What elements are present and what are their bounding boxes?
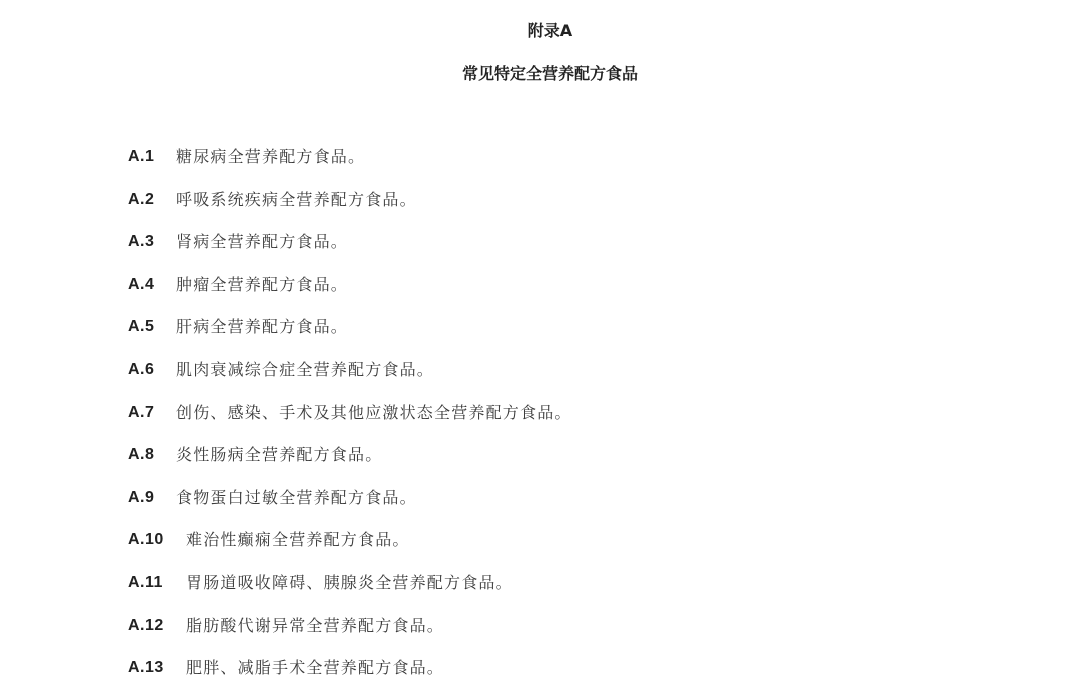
list-item: A.12 脂肪酸代谢异常全营养配方食品。 [128,615,572,658]
item-text: 呼吸系统疾病全营养配方食品。 [176,189,417,211]
item-number: A.10 [128,529,186,551]
item-number: A.7 [128,402,176,424]
appendix-title: 常见特定全营养配方食品 [0,61,1080,84]
item-number: A.1 [128,146,176,168]
item-text: 肌肉衰减综合症全营养配方食品。 [176,359,434,381]
item-number: A.11 [128,572,186,594]
list-item: A.5 肝病全营养配方食品。 [128,316,572,359]
list-item: A.4 肿瘤全营养配方食品。 [128,274,572,317]
list-item: A.2 呼吸系统疾病全营养配方食品。 [128,189,572,232]
item-text: 肝病全营养配方食品。 [176,316,348,338]
item-text: 胃肠道吸收障碍、胰腺炎全营养配方食品。 [186,572,513,594]
item-number: A.13 [128,657,186,679]
food-category-list: A.1 糖尿病全营养配方食品。 A.2 呼吸系统疾病全营养配方食品。 A.3 肾… [128,146,572,694]
item-number: A.5 [128,316,176,338]
item-number: A.6 [128,359,176,381]
item-number: A.12 [128,615,186,637]
list-item: A.7 创伤、感染、手术及其他应激状态全营养配方食品。 [128,402,572,445]
list-item: A.11 胃肠道吸收障碍、胰腺炎全营养配方食品。 [128,572,572,615]
list-item: A.1 糖尿病全营养配方食品。 [128,146,572,189]
item-number: A.3 [128,231,176,253]
item-text: 肾病全营养配方食品。 [176,231,348,253]
item-text: 炎性肠病全营养配方食品。 [176,444,382,466]
list-item: A.3 肾病全营养配方食品。 [128,231,572,274]
item-text: 糖尿病全营养配方食品。 [176,146,365,168]
item-text: 肥胖、减脂手术全营养配方食品。 [186,657,444,679]
item-number: A.2 [128,189,176,211]
item-text: 难治性癫痫全营养配方食品。 [186,529,410,551]
appendix-label: 附录A [0,18,1080,41]
item-number: A.4 [128,274,176,296]
list-item: A.8 炎性肠病全营养配方食品。 [128,444,572,487]
list-item: A.13 肥胖、减脂手术全营养配方食品。 [128,657,572,694]
item-number: A.8 [128,444,176,466]
item-text: 脂肪酸代谢异常全营养配方食品。 [186,615,444,637]
item-text: 肿瘤全营养配方食品。 [176,274,348,296]
item-text: 食物蛋白过敏全营养配方食品。 [176,487,417,509]
list-item: A.6 肌肉衰减综合症全营养配方食品。 [128,359,572,402]
item-text: 创伤、感染、手术及其他应激状态全营养配方食品。 [176,402,572,424]
list-item: A.10 难治性癫痫全营养配方食品。 [128,529,572,572]
list-item: A.9 食物蛋白过敏全营养配方食品。 [128,487,572,530]
item-number: A.9 [128,487,176,509]
